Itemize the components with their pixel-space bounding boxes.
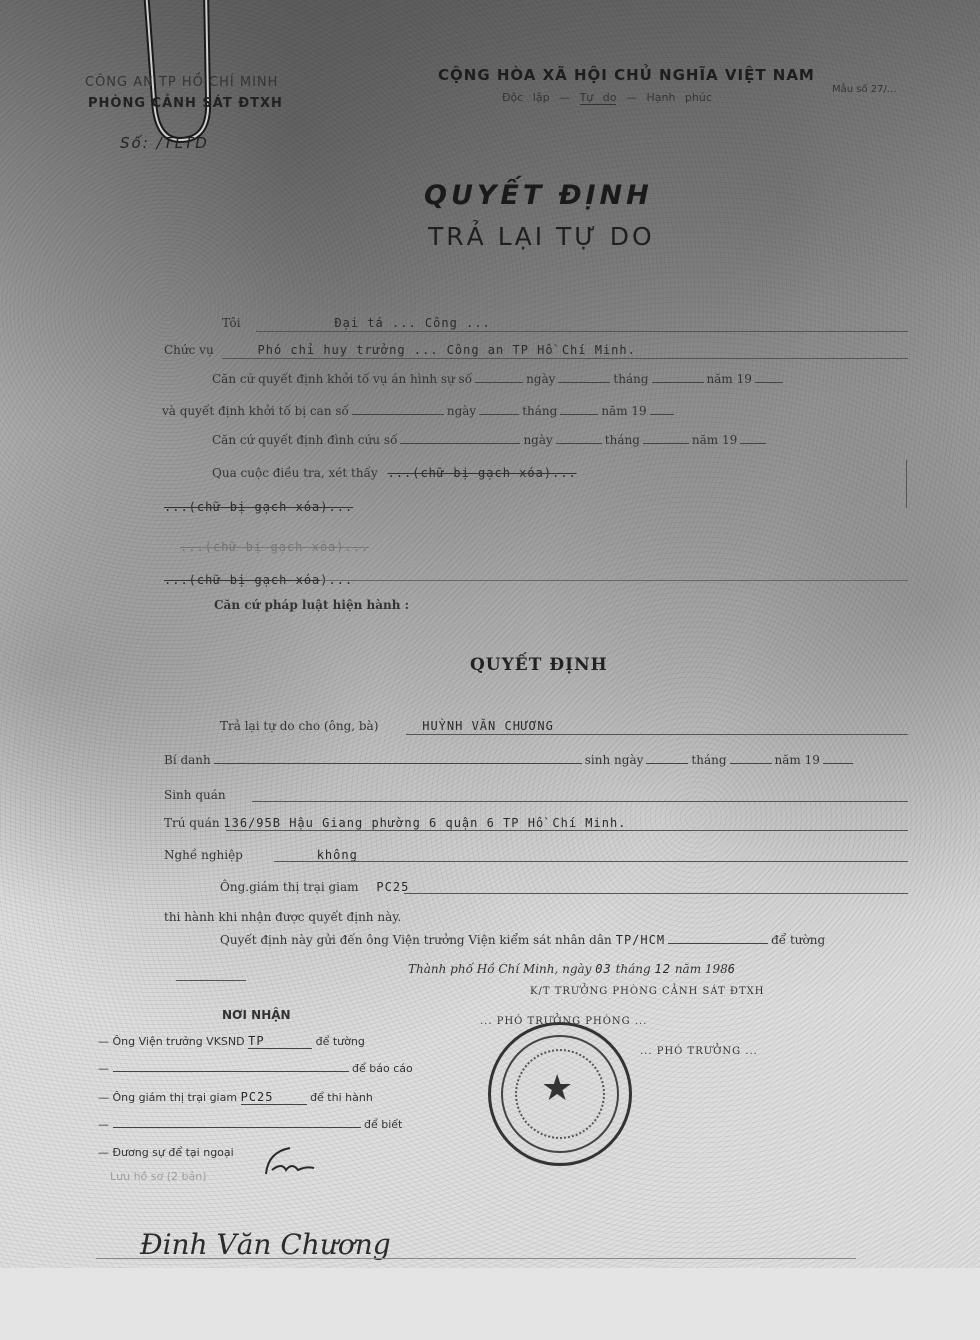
warden-rule: [404, 893, 908, 894]
motto-independence: Độc lập: [502, 91, 550, 104]
release-label: Trả lại tự do cho (ông, bà): [220, 719, 378, 733]
archive-note: Lưu hồ sơ (2 bản): [110, 1170, 207, 1183]
recipient-item: — để biết: [98, 1118, 402, 1131]
month-label: tháng: [613, 372, 648, 386]
birth-day-label: sinh ngày: [585, 753, 644, 767]
occupation-label: Nghề nghiệp: [164, 848, 243, 862]
page-bottom-margin: [0, 1268, 980, 1340]
date-month-label: tháng: [616, 962, 651, 976]
bullet: —: [98, 1035, 109, 1048]
document-subtitle: TRẢ LẠI TỰ DO: [428, 222, 655, 251]
handwritten-name: Đinh Văn Chương: [140, 1228, 391, 1261]
struck-rule: [320, 580, 908, 581]
signature-title-3: ... PHÓ TRƯỞNG ...: [640, 1046, 758, 1057]
recipient-purpose: để báo cáo: [352, 1062, 413, 1075]
recipient-item: — Đương sự để tại ngoại: [98, 1146, 234, 1159]
release-line: Trả lại tự do cho (ông, bà) HUỲNH VĂN CH…: [220, 719, 554, 733]
signature-rule: [96, 1258, 856, 1259]
position-rule: [222, 358, 908, 359]
recipient-label: Ông giám thị trại giam: [113, 1091, 238, 1104]
country-name: CỘNG HÒA XÃ HỘI CHỦ NGHĨA VIỆT NAM: [438, 66, 815, 84]
sent-to-line: Quyết định này gửi đến ông Viện trưởng V…: [220, 933, 825, 947]
position-value: Phó chỉ huy trưởng ... Công an TP Hồ Chí…: [258, 343, 636, 357]
struck-text-2: ...(chữ bị gạch xóa)...: [164, 500, 353, 514]
recipient-purpose: để biết: [364, 1118, 402, 1131]
birthplace-label: Sinh quán: [164, 788, 226, 802]
bullet: —: [98, 1091, 109, 1104]
motto-happiness: Hạnh phúc: [646, 91, 711, 104]
basis-3-text: Căn cứ quyết định đình cứu số: [212, 433, 397, 447]
investigation-label: Qua cuộc điều tra, xét thấy: [212, 466, 378, 480]
issuer-rule: [256, 331, 908, 332]
warden-line: Ông.giám thị trại giam PC25: [220, 880, 409, 894]
recipient-item: — Ông giám thị trại giam PC25 để thi hàn…: [98, 1090, 373, 1105]
year-label: năm 19: [692, 433, 737, 447]
position-label: Chức vụ: [164, 343, 214, 357]
recipient-item: — Ông Viện trưởng VKSND TP để tường: [98, 1034, 365, 1049]
birthplace-line: Sinh quán: [164, 788, 226, 802]
recipient-label: Ông Viện trưởng VKSND: [113, 1035, 245, 1048]
alias-label: Bí danh: [164, 753, 211, 767]
date-year-digit: 6: [728, 962, 736, 976]
issuer-line: Tôi Đại tá ... Công ...: [222, 316, 491, 330]
document-title: QUYẾT ĐỊNH: [424, 180, 653, 211]
bullet: —: [98, 1118, 109, 1131]
initials-signature: [262, 1144, 322, 1180]
residence-line: Trú quán 136/95B Hậu Giang phường 6 quận…: [164, 816, 626, 830]
basis-line-3: Căn cứ quyết định đình cứu sốngàythángnă…: [212, 433, 769, 447]
date-day: 03: [595, 962, 611, 976]
residence-label: Trú quán: [164, 816, 220, 830]
residence-value: 136/95B Hậu Giang phường 6 quận 6 TP Hồ …: [223, 816, 626, 830]
date-month: 12: [655, 962, 671, 976]
date-year-label: năm 198: [675, 962, 728, 976]
bullet: —: [98, 1146, 109, 1159]
reference-number: Số: /TLTD: [120, 134, 209, 152]
left-dash: [176, 980, 246, 981]
agency-line-1: CÔNG AN TP HỒ CHÍ MINH: [85, 75, 278, 90]
occupation-value: không: [317, 848, 358, 862]
occupation-rule: [274, 861, 908, 862]
basis-line-1: Căn cứ quyết định khởi tố vụ án hình sự …: [212, 372, 786, 386]
recipient-purpose: để tường: [316, 1035, 365, 1048]
place-date-line: Thành phố Hồ Chí Minh, ngày 03 tháng 12 …: [408, 962, 736, 976]
month-label: tháng: [605, 433, 640, 447]
warden-value: PC25: [376, 880, 409, 894]
margin-rule: [906, 460, 907, 508]
birth-month-label: tháng: [691, 753, 726, 767]
signature-title-1: K/T TRƯỞNG PHÒNG CẢNH SÁT ĐTXH: [530, 986, 764, 997]
released-person-name: HUỲNH VĂN CHƯƠNG: [422, 719, 554, 733]
recipient-blank: [113, 1127, 361, 1128]
execute-line: thi hành khi nhận được quyết định này.: [164, 910, 401, 924]
recipient-label: Đương sự để tại ngoại: [113, 1146, 234, 1159]
decision-heading: QUYẾT ĐỊNH: [470, 655, 608, 675]
basis-2-text: và quyết định khởi tố bị can số: [162, 404, 349, 418]
recipient-purpose: để thi hành: [310, 1091, 373, 1104]
scanned-document: CÔNG AN TP HỒ CHÍ MINH PHÒNG CẢNH SÁT ĐT…: [0, 0, 980, 1340]
agency-line-2: PHÒNG CẢNH SÁT ĐTXH: [88, 96, 283, 111]
national-motto: Độc lập — Tự do — Hạnh phúc: [502, 91, 712, 104]
investigation-line: Qua cuộc điều tra, xét thấy ...(chữ bị g…: [212, 466, 577, 480]
year-label: năm 19: [707, 372, 752, 386]
sent-to-label: Quyết định này gửi đến ông Viện trưởng V…: [220, 933, 612, 947]
birth-year-label: năm 19: [775, 753, 820, 767]
struck-text-1: ...(chữ bị gạch xóa)...: [388, 466, 577, 480]
basis-1-text: Căn cứ quyết định khởi tố vụ án hình sự …: [212, 372, 472, 386]
day-label: ngày: [526, 372, 555, 386]
place-date-label: Thành phố Hồ Chí Minh, ngày: [408, 962, 591, 976]
recipient-item: — để báo cáo: [98, 1062, 413, 1075]
recipient-handwritten: PC25: [241, 1090, 307, 1105]
alias-line: Bí danhsinh ngàythángnăm 19: [164, 753, 856, 767]
basis-line-2: và quyết định khởi tố bị can sốngàytháng…: [162, 404, 677, 418]
struck-text-3: ...(chữ bị gạch xóa)...: [180, 540, 369, 554]
recipient-handwritten: TP: [248, 1034, 312, 1049]
bullet: —: [98, 1062, 109, 1075]
issuer-name: Đại tá ... Công ...: [334, 316, 490, 330]
sent-to-purpose: để tường: [771, 933, 825, 947]
sent-to-value: TP/HCM: [616, 933, 665, 947]
position-line: Chức vụ Phó chỉ huy trưởng ... Công an T…: [164, 343, 636, 357]
year-label: năm 19: [601, 404, 646, 418]
recipients-title: NƠI NHẬN: [222, 1008, 291, 1022]
month-label: tháng: [522, 404, 557, 418]
star-icon: ★: [541, 1071, 573, 1107]
day-label: ngày: [447, 404, 476, 418]
birthplace-rule: [252, 801, 908, 802]
official-seal: ★: [488, 1022, 632, 1166]
recipient-blank: [113, 1071, 349, 1072]
warden-label: Ông.giám thị trại giam: [220, 880, 359, 894]
release-rule: [406, 734, 908, 735]
residence-rule: [226, 830, 908, 831]
legal-basis: Căn cứ pháp luật hiện hành :: [214, 598, 409, 612]
motto-freedom: Tự do: [580, 91, 617, 105]
form-code: Mẫu số 27/...: [832, 84, 896, 95]
day-label: ngày: [523, 433, 552, 447]
issuer-label: Tôi: [222, 316, 241, 330]
occupation-line: Nghề nghiệp không: [164, 848, 358, 862]
